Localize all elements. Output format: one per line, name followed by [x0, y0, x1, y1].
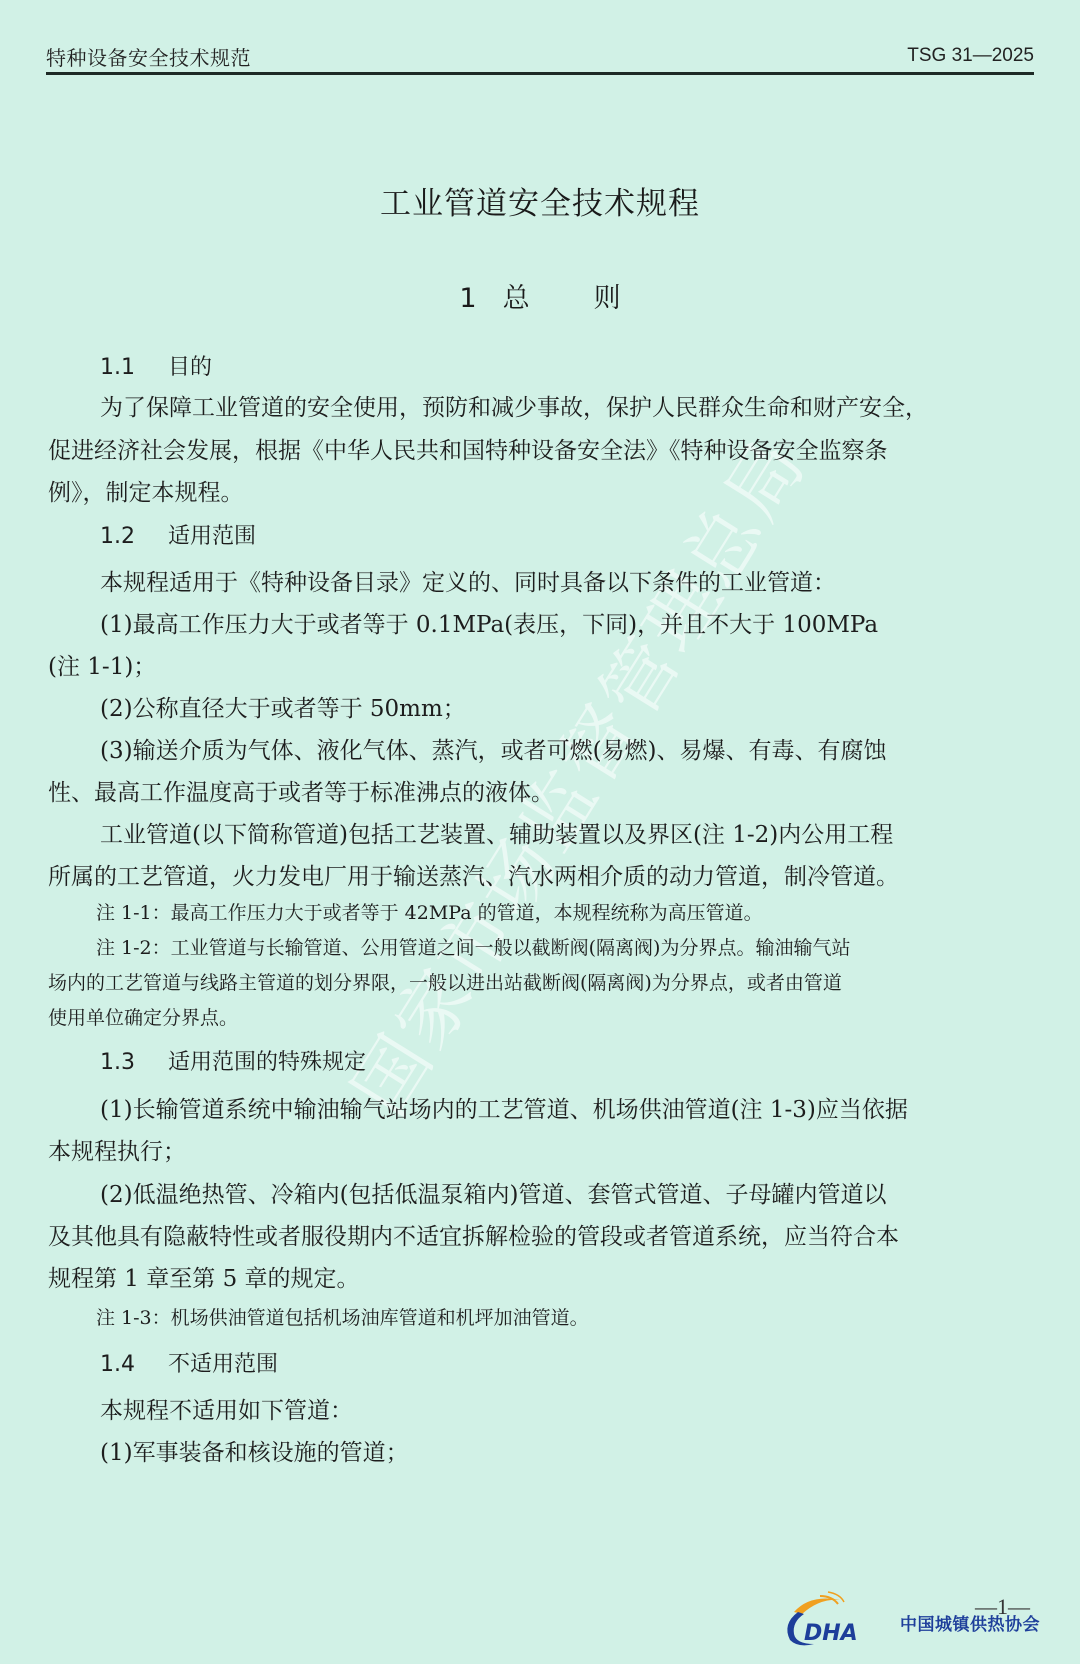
- paragraph-line: (2)低温绝热管、冷箱内(包括低温泵箱内)管道、套管式管道、子母罐内管道以: [100, 1180, 887, 1210]
- paragraph-line: (1)军事装备和核设施的管道；: [100, 1438, 409, 1468]
- section-title: 不适用范围: [168, 1352, 278, 1377]
- paragraph-line: 为了保障工业管道的安全使用，预防和减少事故，保护人民群众生命和财产安全，: [100, 393, 928, 423]
- page-footer: DHA 中国城镇供热协会 —1—: [780, 1590, 1070, 1650]
- section-heading-1-4: 1.4不适用范围: [100, 1350, 278, 1380]
- page-header: 特种设备安全技术规范 TSG 31—2025: [46, 40, 1034, 75]
- paragraph-line: (2)公称直径大于或者等于 50mm；: [100, 694, 466, 724]
- section-heading-1-1: 1.1目的: [100, 353, 212, 383]
- paragraph-line: 本规程执行；: [48, 1137, 186, 1167]
- section-number: 1.4: [100, 1350, 168, 1380]
- watermark: 国家市场监督管理总局: [323, 414, 826, 1132]
- section-number: 1.1: [100, 353, 168, 383]
- section-heading-1-3: 1.3适用范围的特殊规定: [100, 1048, 366, 1078]
- dha-logo-icon: DHA: [780, 1590, 890, 1650]
- section-title: 适用范围: [168, 524, 256, 549]
- section-number: 1.3: [100, 1048, 168, 1078]
- logo-letters: DHA: [804, 1621, 858, 1646]
- section-title: 目的: [168, 355, 212, 380]
- paragraph-line: 本规程适用于《特种设备目录》定义的、同时具备以下条件的工业管道：: [100, 568, 836, 598]
- paragraph-line: 本规程不适用如下管道：: [100, 1396, 353, 1426]
- note-1-3: 注 1-3：机场供油管道包括机场油库管道和机坪加油管道。: [96, 1305, 589, 1331]
- note-1-2: 注 1-2：工业管道与长输管道、公用管道之间一般以截断阀(隔离阀)为分界点。输油…: [96, 935, 850, 961]
- paragraph-line: (3)输送介质为气体、液化气体、蒸汽，或者可燃(易燃)、易爆、有毒、有腐蚀: [100, 736, 887, 766]
- note-1-2-cont: 场内的工艺管道与线路主管道的划分界限，一般以进出站截断阀(隔离阀)为分界点，或者…: [48, 970, 842, 996]
- paragraph-line: 规程第 1 章至第 5 章的规定。: [48, 1264, 360, 1294]
- page-number: —1—: [975, 1594, 1030, 1620]
- paragraph-line: 工业管道(以下简称管道)包括工艺装置、辅助装置以及界区(注 1-2)内公用工程: [100, 820, 893, 850]
- document-title: 工业管道安全技术规程: [0, 178, 1080, 223]
- paragraph-line: 促进经济社会发展，根据《中华人民共和国特种设备安全法》《特种设备安全监察条: [48, 436, 888, 466]
- section-heading-1-2: 1.2适用范围: [100, 522, 256, 552]
- section-title: 适用范围的特殊规定: [168, 1050, 366, 1075]
- paragraph-line: 性、最高工作温度高于或者等于标准沸点的液体。: [48, 778, 554, 808]
- paragraph-line: 例》，制定本规程。: [48, 478, 244, 508]
- paragraph-line: (注 1-1)；: [48, 652, 156, 682]
- chapter-title-word-2: 则: [594, 283, 621, 314]
- note-1-2-cont: 使用单位确定分界点。: [48, 1005, 238, 1031]
- header-series-title: 特种设备安全技术规范: [46, 42, 251, 71]
- paragraph-line: (1)最高工作压力大于或者等于 0.1MPa(表压，下同)，并且不大于 100M…: [100, 610, 878, 640]
- section-number: 1.2: [100, 522, 168, 552]
- note-1-1: 注 1-1：最高工作压力大于或者等于 42MPa 的管道，本规程统称为高压管道。: [96, 900, 763, 926]
- paragraph-line: 及其他具有隐蔽特性或者服役期内不适宜拆解检验的管段或者管道系统，应当符合本: [48, 1222, 899, 1252]
- paragraph-line: 所属的工艺管道，火力发电厂用于输送蒸汽、汽水两相介质的动力管道，制冷管道。: [48, 862, 899, 892]
- paragraph-line: (1)长输管道系统中输油输气站场内的工艺管道、机场供油管道(注 1-3)应当依据: [100, 1095, 908, 1125]
- chapter-heading: 1总则: [0, 276, 1080, 315]
- header-standard-code: TSG 31—2025: [907, 45, 1034, 67]
- chapter-title-word-1: 总: [503, 283, 530, 314]
- chapter-number: 1: [459, 283, 476, 314]
